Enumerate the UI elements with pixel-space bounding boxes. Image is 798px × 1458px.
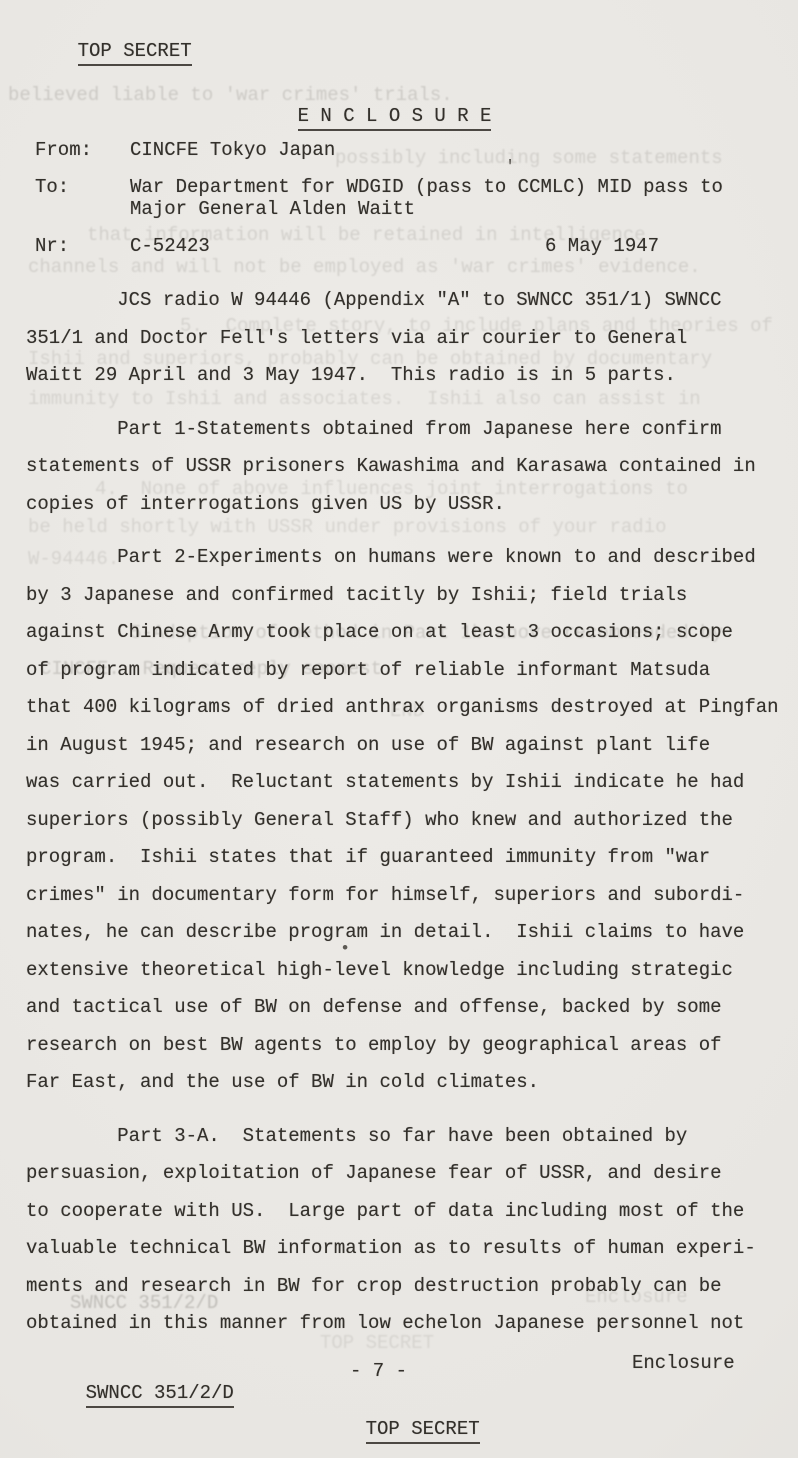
to-label: To:: [35, 176, 130, 198]
classification-bottom-text: TOP SECRET: [366, 1418, 480, 1444]
document-page: believed liable to 'war crimes' trials.p…: [0, 0, 798, 1458]
classification-banner-top: TOP SECRET: [32, 18, 192, 84]
paragraph-part-2: Part 2-Experiments on humans were known …: [26, 539, 779, 1102]
footer-enclosure-label: Enclosure: [632, 1352, 735, 1374]
enclosure-title-text: E N C L O S U R E: [298, 105, 492, 131]
to-value: War Department for WDGID (pass to CCMLC)…: [130, 176, 723, 220]
from-value: CINCFE Tokyo Japan: [130, 139, 335, 161]
paragraph-jcs-radio: JCS radio W 94446 (Appendix "A" to SWNCC…: [26, 282, 779, 395]
classification-banner-bottom: TOP SECRET: [320, 1396, 480, 1458]
footer-page-number: - 7 -: [350, 1360, 407, 1382]
header-row-to: To: War Department for WDGID (pass to CC…: [35, 176, 775, 220]
classification-top-text: TOP SECRET: [78, 40, 192, 66]
paragraph-part-1: Part 1-Statements obtained from Japanese…: [26, 411, 779, 524]
bleedthrough-text: channels and will not be employed as 'wa…: [28, 256, 701, 278]
message-body: JCS radio W 94446 (Appendix "A" to SWNCC…: [26, 282, 779, 1359]
nr-label: Nr:: [35, 235, 130, 257]
from-label: From:: [35, 139, 130, 161]
message-header: From: CINCFE Tokyo Japan To: War Departm…: [35, 139, 775, 257]
date: 6 May 1947: [545, 235, 659, 257]
paragraph-part-3a: Part 3-A. Statements so far have been ob…: [26, 1118, 779, 1343]
header-row-from: From: CINCFE Tokyo Japan: [35, 139, 775, 161]
document-number-text: SWNCC 351/2/D: [86, 1382, 234, 1408]
footer-document-number: SWNCC 351/2/D: [40, 1360, 234, 1426]
nr-value: C-52423: [130, 235, 210, 257]
header-row-nr: Nr: C-52423 6 May 1947: [35, 235, 775, 257]
